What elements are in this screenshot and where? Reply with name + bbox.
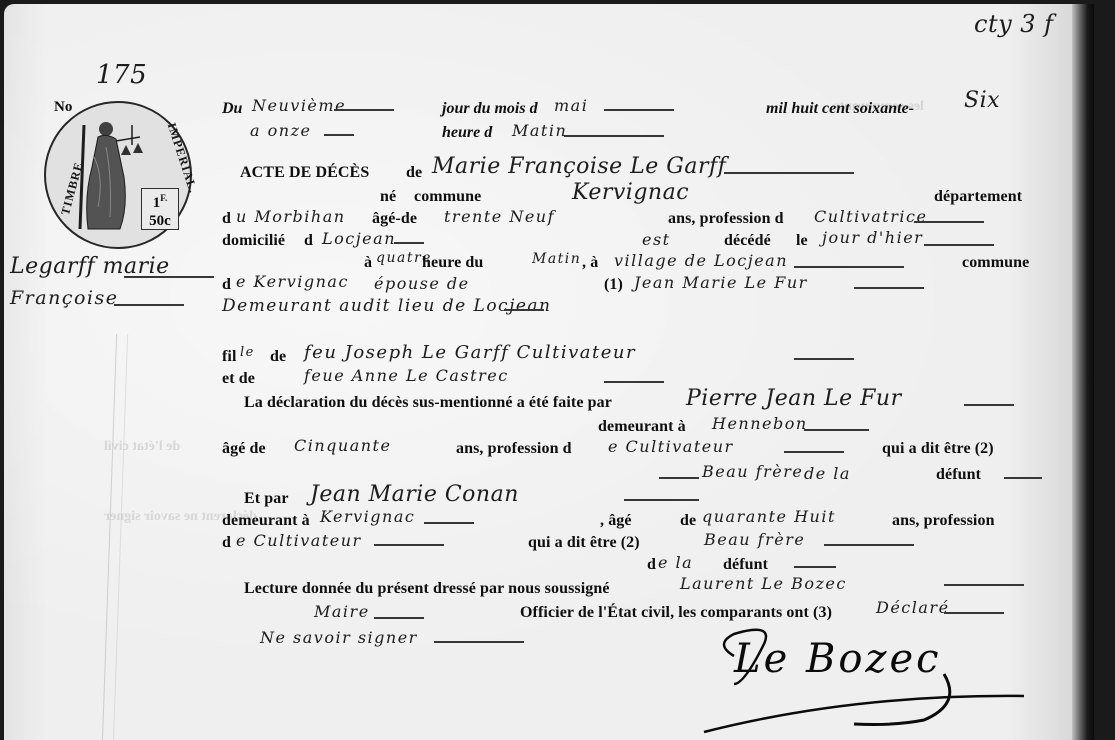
imperial-stamp: TIMBRE IMPERIAL. 1F. 50c bbox=[44, 101, 192, 249]
margin-note-line2: Françoise bbox=[10, 287, 118, 309]
declarant2-demeurant-label: demeurant à bbox=[222, 512, 310, 530]
rule bbox=[784, 451, 844, 453]
record-number: 175 bbox=[96, 60, 147, 90]
dept-prefix: d bbox=[222, 210, 231, 228]
officer-name: Laurent Le Bozec bbox=[680, 574, 847, 593]
declarant1-ans-label: ans, profession d bbox=[456, 440, 572, 458]
declarant2-name: Jean Marie Conan bbox=[310, 482, 519, 507]
not-signing-value: Ne savoir signer bbox=[260, 628, 418, 647]
rule bbox=[424, 522, 474, 524]
declarant2-qui-label: qui a dit être (2) bbox=[528, 534, 640, 552]
rule bbox=[794, 266, 904, 268]
rule bbox=[394, 242, 424, 244]
stamp-ring-text-right: IMPERIAL. bbox=[164, 121, 201, 195]
acte-label: ACTE DE DÉCÈS bbox=[240, 164, 369, 182]
number-label: No bbox=[54, 99, 72, 116]
declarant1-age: Cinquante bbox=[294, 436, 391, 455]
departement-value: u Morbihan bbox=[236, 207, 346, 226]
rule bbox=[724, 172, 854, 174]
domicile-label: domicilié bbox=[222, 232, 285, 250]
domicile-prefix: d bbox=[304, 232, 313, 250]
rule bbox=[124, 276, 214, 278]
birth-commune: Kervignac bbox=[572, 180, 689, 205]
declarant2-age: quarante Huit bbox=[702, 507, 836, 526]
declarant1-age-label: âgé de bbox=[222, 440, 266, 458]
page-fold bbox=[102, 334, 128, 740]
declarant1-qui-label: qui a dit être (2) bbox=[882, 440, 994, 458]
declaration-label: La déclaration du décès sus-mentionné a … bbox=[244, 394, 612, 412]
epouse-value: épouse de bbox=[374, 274, 470, 293]
mother-name: feue Anne Le Castrec bbox=[304, 366, 509, 385]
rule bbox=[824, 544, 914, 546]
period-value: Matin bbox=[512, 121, 567, 140]
stamp-value-unit: F. bbox=[160, 193, 167, 203]
rule bbox=[374, 617, 424, 619]
month-value: mai bbox=[554, 96, 588, 115]
declarant2-d-label: d bbox=[647, 556, 656, 574]
rule bbox=[374, 544, 444, 546]
declarant1-demeurant-label: demeurant à bbox=[598, 418, 686, 436]
de-label: de bbox=[406, 164, 422, 182]
declarant2-de-label: de bbox=[680, 512, 696, 530]
rule bbox=[604, 109, 674, 111]
spouse-name: Jean Marie Le Fur bbox=[634, 273, 808, 292]
declarant1-profession: e Cultivateur bbox=[608, 437, 734, 456]
declarant2-age-label: , âgé bbox=[600, 512, 632, 530]
du-label: Du bbox=[222, 100, 242, 118]
heure-label: heure d bbox=[442, 124, 492, 142]
commune-word: commune bbox=[962, 254, 1029, 272]
age-label: âgé-de bbox=[372, 210, 417, 228]
rule bbox=[944, 584, 1024, 586]
declarant1-residence: Hennebon bbox=[712, 414, 808, 433]
rule bbox=[504, 309, 544, 311]
est-value: est bbox=[642, 230, 671, 249]
rule bbox=[964, 404, 1014, 406]
heure-du-label: heure du bbox=[422, 254, 483, 272]
rule bbox=[924, 244, 994, 246]
officer-title: Maire bbox=[314, 602, 370, 621]
a-label: à bbox=[364, 254, 372, 272]
declarant2-profession: e Cultivateur bbox=[236, 531, 362, 550]
declarant2-ans-label: ans, profession bbox=[892, 512, 995, 530]
stamp-value-cents: 50c bbox=[142, 212, 178, 230]
book-binding-edge bbox=[1072, 4, 1094, 740]
declarant1-de-la: de la bbox=[804, 464, 851, 483]
declarant2-residence: Kervignac bbox=[320, 507, 415, 526]
hour-value: a onze bbox=[250, 121, 311, 140]
declarant2-prof-prefix: d bbox=[222, 534, 231, 552]
commune-label: commune bbox=[414, 188, 481, 206]
rule bbox=[624, 499, 699, 501]
document-page: de l'état civil déclarent ne savoir sign… bbox=[4, 4, 1094, 740]
spouse-residence: Demeurant audit lieu de Locjean bbox=[222, 296, 552, 316]
decede-label: décédé bbox=[724, 232, 771, 250]
lecture-label: Lecture donnée du présent dressé par nou… bbox=[244, 580, 610, 598]
rule bbox=[114, 304, 184, 306]
justice-figure-icon bbox=[76, 117, 146, 235]
declarant2-et-par-label: Et par bbox=[244, 490, 289, 508]
declarant2-de-la: e la bbox=[658, 553, 693, 572]
signature-flourish-icon bbox=[694, 614, 1024, 734]
declarant1-relation: Beau frère bbox=[702, 462, 803, 481]
jour-label: jour du mois d bbox=[442, 100, 538, 118]
rule bbox=[659, 477, 699, 479]
deceased-name: Marie Françoise Le Garff bbox=[432, 154, 726, 179]
rule bbox=[854, 287, 924, 289]
note-1: (1) bbox=[604, 276, 623, 294]
et-de-label: et de bbox=[222, 370, 255, 388]
rule bbox=[334, 109, 394, 111]
corner-annotation: cty 3 f bbox=[974, 10, 1054, 38]
rule bbox=[794, 566, 836, 568]
death-date: jour d'hier bbox=[822, 228, 923, 247]
rule bbox=[564, 135, 664, 137]
departement-label: département bbox=[934, 188, 1022, 206]
day-value: Neuvième bbox=[252, 96, 346, 115]
death-place: village de Locjean bbox=[614, 251, 788, 270]
ans-label: ans, profession d bbox=[668, 210, 784, 228]
fils-label: fil bbox=[222, 348, 237, 366]
rule bbox=[324, 134, 354, 136]
commune-prefix: d bbox=[222, 276, 231, 294]
death-period: Matin bbox=[532, 251, 581, 267]
declarant2-defunt-label: défunt bbox=[723, 556, 768, 574]
stamp-value: 1F. 50c bbox=[141, 188, 179, 230]
year-value: Six bbox=[964, 88, 1000, 113]
comma-a-label: , à bbox=[582, 254, 598, 272]
age-value: trente Neuf bbox=[444, 207, 555, 226]
rule bbox=[914, 221, 984, 223]
parents-de-label: de bbox=[270, 348, 286, 366]
profession-value: Cultivatrice bbox=[814, 207, 927, 226]
declarant1-defunt-label: défunt bbox=[936, 466, 981, 484]
rule bbox=[604, 381, 664, 383]
father-name: feu Joseph Le Garff Cultivateur bbox=[304, 342, 636, 363]
le-label: le bbox=[796, 232, 808, 250]
rule bbox=[794, 358, 854, 360]
rule bbox=[1004, 477, 1042, 479]
declarant2-relation: Beau frère bbox=[704, 530, 805, 549]
rule bbox=[434, 641, 524, 643]
declarant1-name: Pierre Jean Le Fur bbox=[686, 386, 902, 411]
domicile-value: Locjean bbox=[322, 229, 396, 248]
rule bbox=[804, 429, 869, 431]
bleed-text: de l'état civil bbox=[104, 439, 180, 455]
fils-suffix: le bbox=[240, 345, 255, 360]
ne-label: né bbox=[380, 188, 396, 206]
year-label: mil huit cent soixante- bbox=[766, 100, 914, 118]
commune-value: e Kervignac bbox=[236, 272, 349, 291]
